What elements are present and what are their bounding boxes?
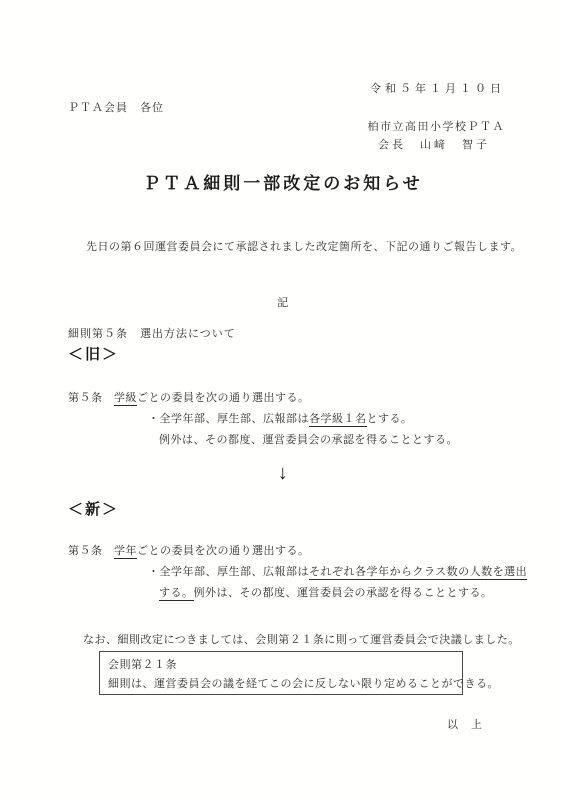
new-bullet-underlined: それぞれ各学年からクラス数の人数を選出	[309, 566, 527, 580]
old-bullet-underlined: 各学級１名	[309, 413, 367, 427]
box-heading: 会則第２１条	[108, 656, 454, 675]
subject-line: 細則第５条 選出方法について	[68, 327, 236, 341]
bylaw-quote-box: 会則第２１条 細則は、運営委員会の議を経てこの会に反しない限り定めることができる…	[99, 651, 463, 695]
document-title: ＰＴＡ細則一部改定のお知らせ	[0, 177, 566, 191]
old-clause-underlined: 学級	[114, 392, 137, 406]
sender-name: 会長 山﨑 智子	[378, 138, 490, 152]
new-clause-line: 第５条 学年ごとの委員を次の通り選出する。	[68, 544, 310, 558]
new-clause-prefix: 第５条	[68, 545, 114, 557]
record-mark: 記	[0, 296, 566, 310]
old-bullet-rest: とする。	[367, 413, 413, 425]
old-bullet-line: ・全学年部、厚生部、広報部は各学級１名とする。	[148, 412, 413, 426]
document-page: 令和５年１月１０日 ＰＴＡ会員 各位 柏市立高田小学校ＰＴＡ 会長 山﨑 智子 …	[0, 0, 566, 800]
down-arrow-icon: ↓	[0, 466, 566, 480]
new-clause-rest: ごとの委員を次の通り選出する。	[137, 545, 310, 557]
old-section-label: ＜旧＞	[68, 348, 119, 362]
box-body: 細則は、運営委員会の議を経てこの会に反しない限り定めることができる。	[108, 675, 454, 694]
new-line2-underlined: する。	[159, 587, 194, 601]
new-bullet-prefix: ・全学年部、厚生部、広報部は	[148, 566, 309, 578]
note-paragraph: なお、細則改定につきましては、会則第２１条に則って運営委員会で決議しました。	[68, 633, 520, 647]
recipient-line: ＰＴＡ会員 各位	[68, 101, 164, 115]
closing-mark: 以 上	[447, 718, 483, 732]
sender-organization: 柏市立高田小学校ＰＴＡ	[368, 120, 506, 134]
new-section-label: ＜新＞	[68, 503, 119, 517]
new-line2-rest: 例外は、その都度、運営委員会の承認を得ることとする。	[194, 587, 493, 599]
intro-paragraph: 先日の第６回運営委員会にて承認されました改定箇所を、下記の通りご報告します。	[68, 240, 522, 254]
document-date: 令和５年１月１０日	[370, 82, 505, 96]
old-clause-prefix: 第５条	[68, 392, 114, 404]
old-clause-line: 第５条 学級ごとの委員を次の通り選出する。	[68, 391, 310, 405]
old-clause-rest: ごとの委員を次の通り選出する。	[137, 392, 310, 404]
new-bullet-line: ・全学年部、厚生部、広報部はそれぞれ各学年からクラス数の人数を選出	[148, 565, 527, 579]
new-clause-underlined: 学年	[114, 545, 137, 559]
old-exception-line: 例外は、その都度、運営委員会の承認を得ることとする。	[159, 433, 458, 447]
new-bullet-continuation-line: する。例外は、その都度、運営委員会の承認を得ることとする。	[159, 586, 493, 600]
old-bullet-prefix: ・全学年部、厚生部、広報部は	[148, 413, 309, 425]
